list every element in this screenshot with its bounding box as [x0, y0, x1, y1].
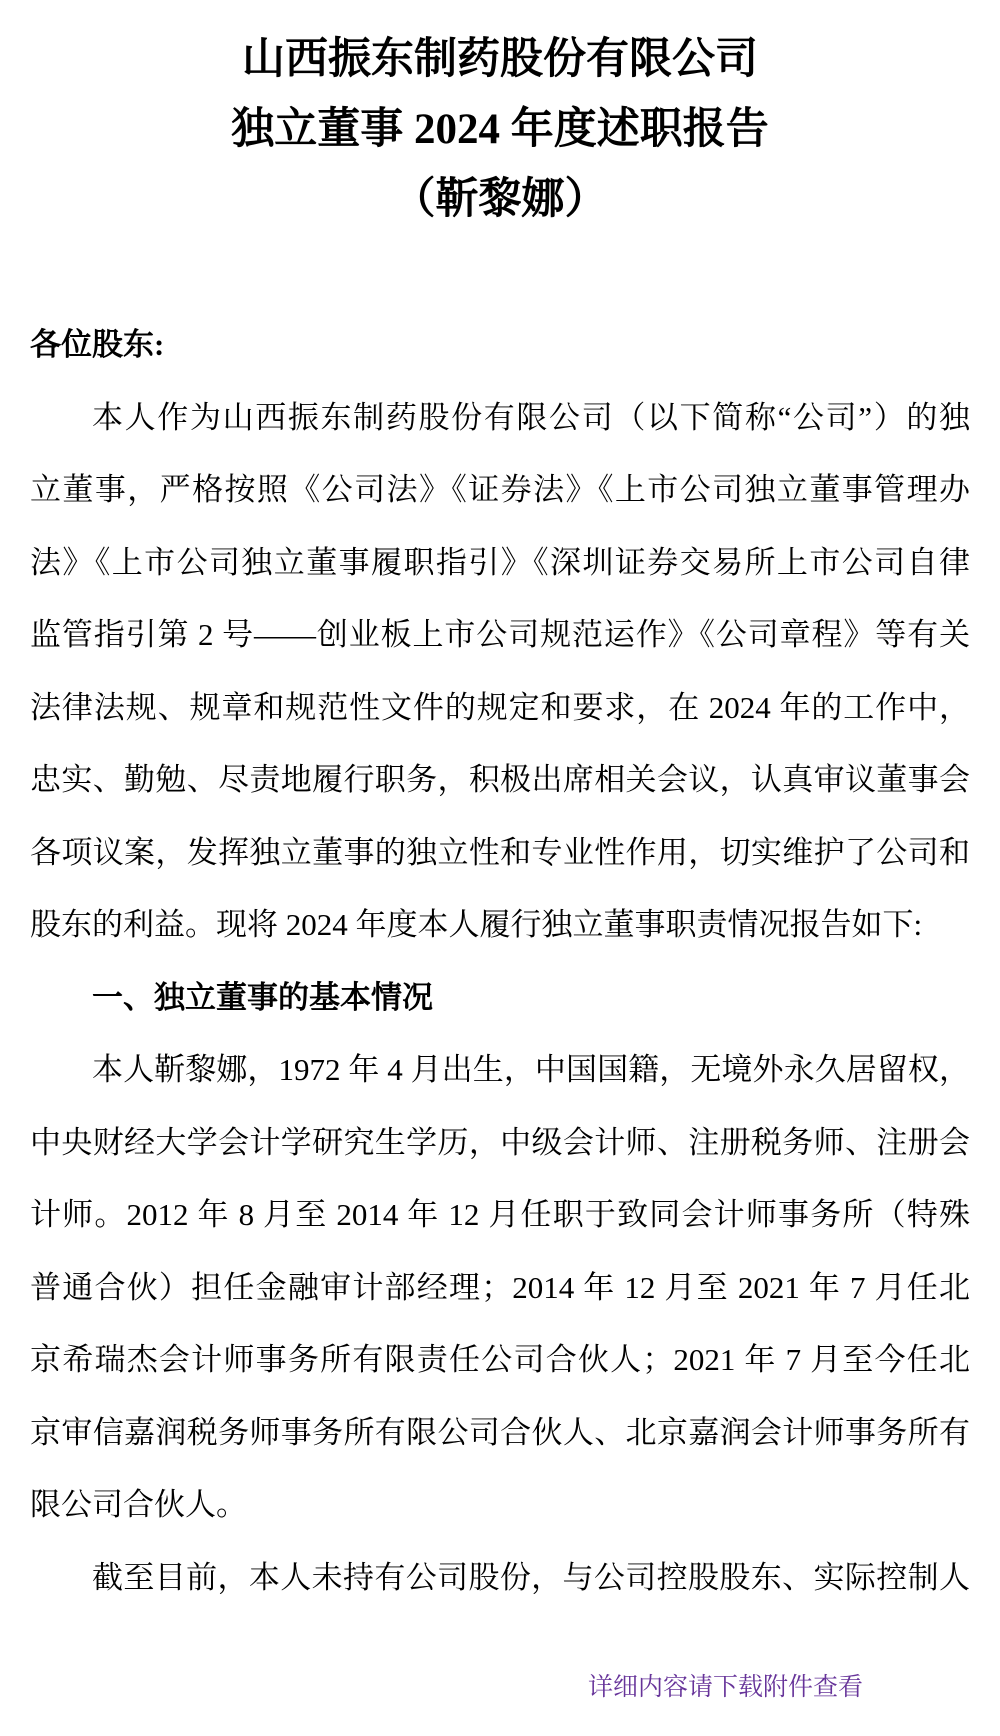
section-heading-basic-info: 一、独立董事的基本情况 [30, 962, 970, 1035]
document-body: 各位股东: 本人作为山西振东制药股份有限公司（以下简称“公司”）的独 立董事，严… [30, 309, 970, 1614]
bio-paragraph: 本人靳黎娜，1972 年 4 月出生，中国国籍，无境外永久居留权， 中央财经大学… [30, 1034, 970, 1542]
paragraph-line: 各项议案，发挥独立董事的独立性和专业性作用，切实维护了公司和 [30, 817, 970, 890]
paragraph-line: 计师。2012 年 8 月至 2014 年 12 月任职于致同会计师事务所（特殊 [30, 1179, 970, 1252]
paragraph-line: 股东的利益。现将 2024 年度本人履行独立董事职责情况报告如下: [30, 889, 970, 962]
download-attachment-hint[interactable]: 详细内容请下载附件查看 [588, 1670, 863, 1704]
doc-title-report: 独立董事 2024 年度述职报告 [0, 95, 1000, 165]
paragraph-line: 截至目前，本人未持有公司股份，与公司控股股东、实际控制人 [30, 1542, 970, 1615]
paragraph-line: 忠实、勤勉、尽责地履行职务，积极出席相关会议，认真审议董事会 [30, 744, 970, 817]
paragraph-line: 普通合伙）担任金融审计部经理；2014 年 12 月至 2021 年 7 月任北 [30, 1252, 970, 1325]
doc-title-company: 山西振东制药股份有限公司 [0, 25, 1000, 95]
paragraph-line: 京审信嘉润税务师事务所有限公司合伙人、北京嘉润会计师事务所有 [30, 1397, 970, 1470]
paragraph-line: 法》《上市公司独立董事履职指引》《深圳证券交易所上市公司自律 [30, 527, 970, 600]
paragraph-line: 本人靳黎娜，1972 年 4 月出生，中国国籍，无境外永久居留权， [30, 1034, 970, 1107]
paragraph-line: 立董事，严格按照《公司法》《证券法》《上市公司独立董事管理办 [30, 454, 970, 527]
document-title-block: 山西振东制药股份有限公司 独立董事 2024 年度述职报告 （靳黎娜） [0, 0, 1000, 235]
paragraph-line: 法律法规、规章和规范性文件的规定和要求，在 2024 年的工作中， [30, 672, 970, 745]
shareholding-paragraph: 截至目前，本人未持有公司股份，与公司控股股东、实际控制人 [30, 1542, 970, 1615]
intro-paragraph: 本人作为山西振东制药股份有限公司（以下简称“公司”）的独 立董事，严格按照《公司… [30, 382, 970, 962]
paragraph-line: 中央财经大学会计学研究生学历，中级会计师、注册税务师、注册会 [30, 1107, 970, 1180]
paragraph-line: 监管指引第 2 号——创业板上市公司规范运作》《公司章程》等有关 [30, 599, 970, 672]
paragraph-line: 限公司合伙人。 [30, 1469, 970, 1542]
doc-title-author: （靳黎娜） [0, 165, 1000, 235]
paragraph-line: 京希瑞杰会计师事务所有限责任公司合伙人；2021 年 7 月至今任北 [30, 1324, 970, 1397]
document-page: 山西振东制药股份有限公司 独立董事 2024 年度述职报告 （靳黎娜） 各位股东… [0, 0, 1000, 1736]
paragraph-line: 本人作为山西振东制药股份有限公司（以下简称“公司”）的独 [30, 382, 970, 455]
salutation: 各位股东: [30, 309, 970, 382]
